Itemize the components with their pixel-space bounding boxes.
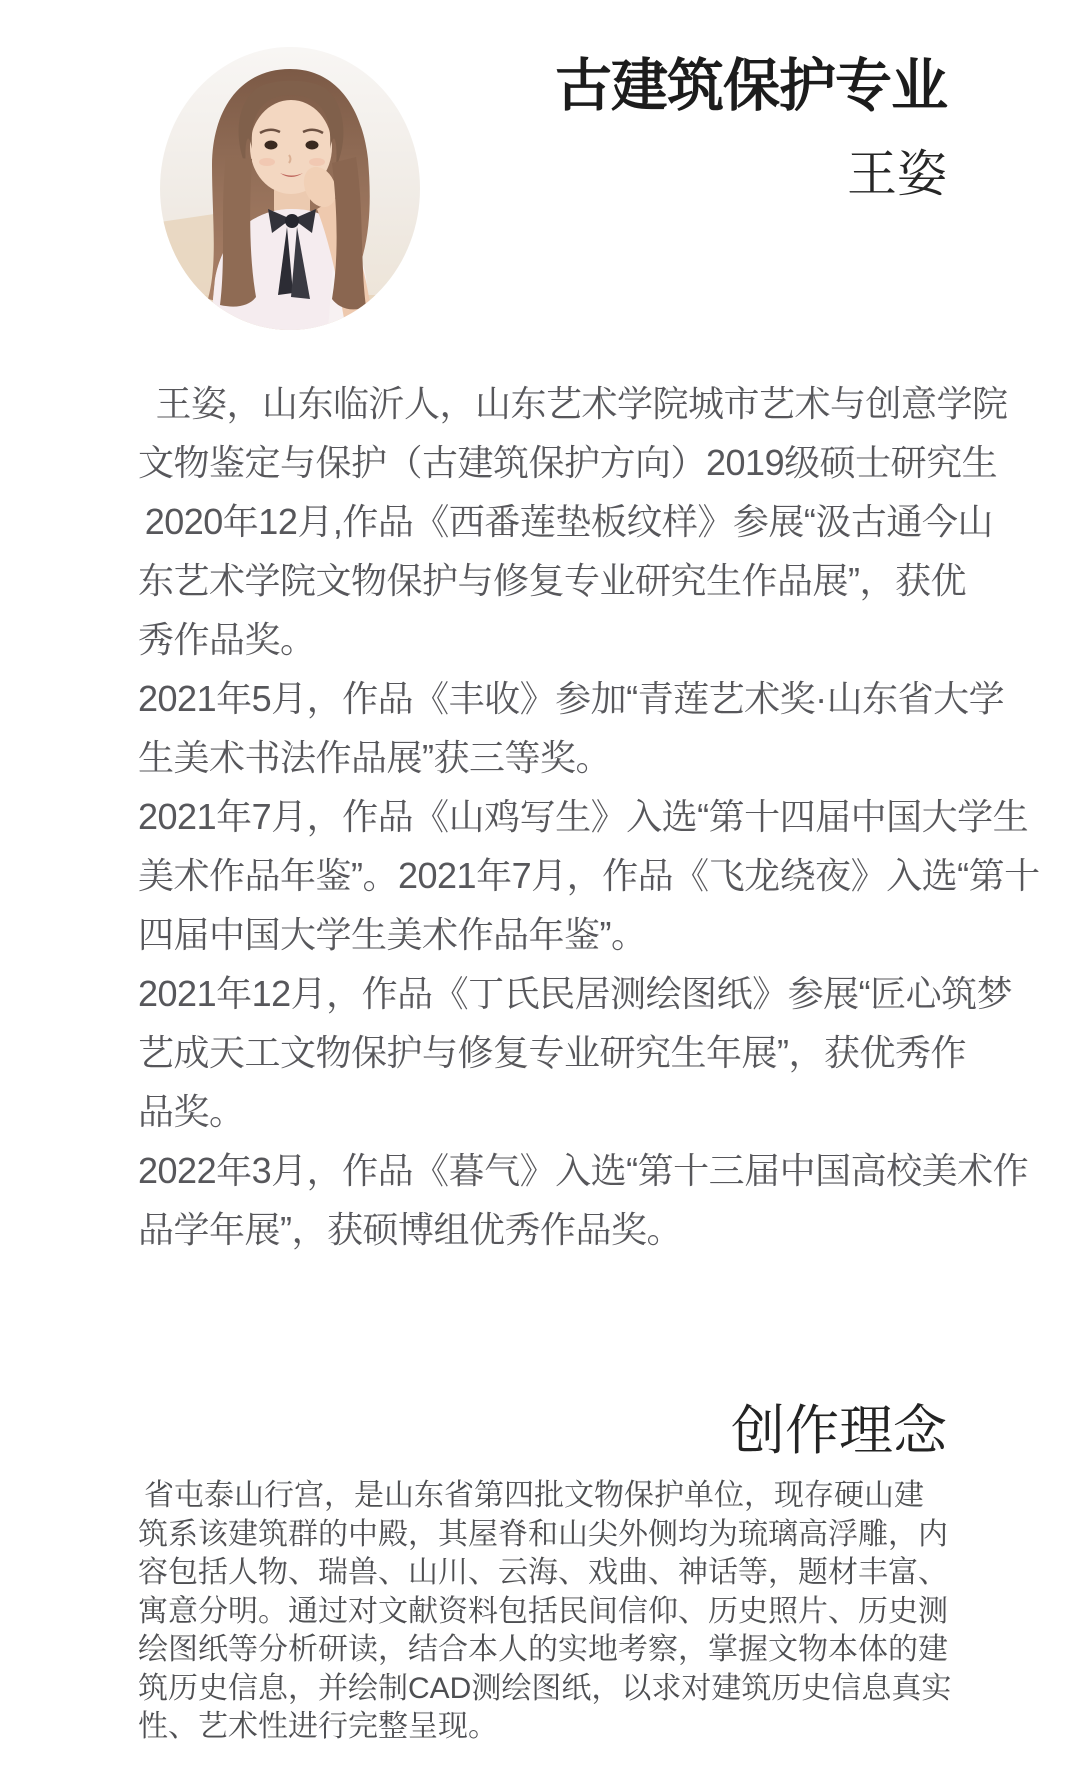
- profile-photo: [160, 47, 420, 330]
- article-page: 古建筑保护专业 王姿 王姿，山东临沂人，山东艺术学院城市艺术与创意学院文物鉴定与…: [0, 0, 1080, 1787]
- author-name: 王姿: [847, 134, 947, 206]
- section-title: 创作理念: [731, 1388, 947, 1465]
- concept-text: 省屯泰山行宫，是山东省第四批文物保护单位，现存硬山建筑系该建筑群的中殿，其屋脊和…: [138, 1477, 951, 1747]
- bio-text: 王姿，山东临沂人，山东艺术学院城市艺术与创意学院文物鉴定与保护（古建筑保护方向）…: [138, 374, 1040, 1259]
- portrait-illustration: [160, 47, 420, 330]
- page-title: 古建筑保护专业: [555, 40, 947, 122]
